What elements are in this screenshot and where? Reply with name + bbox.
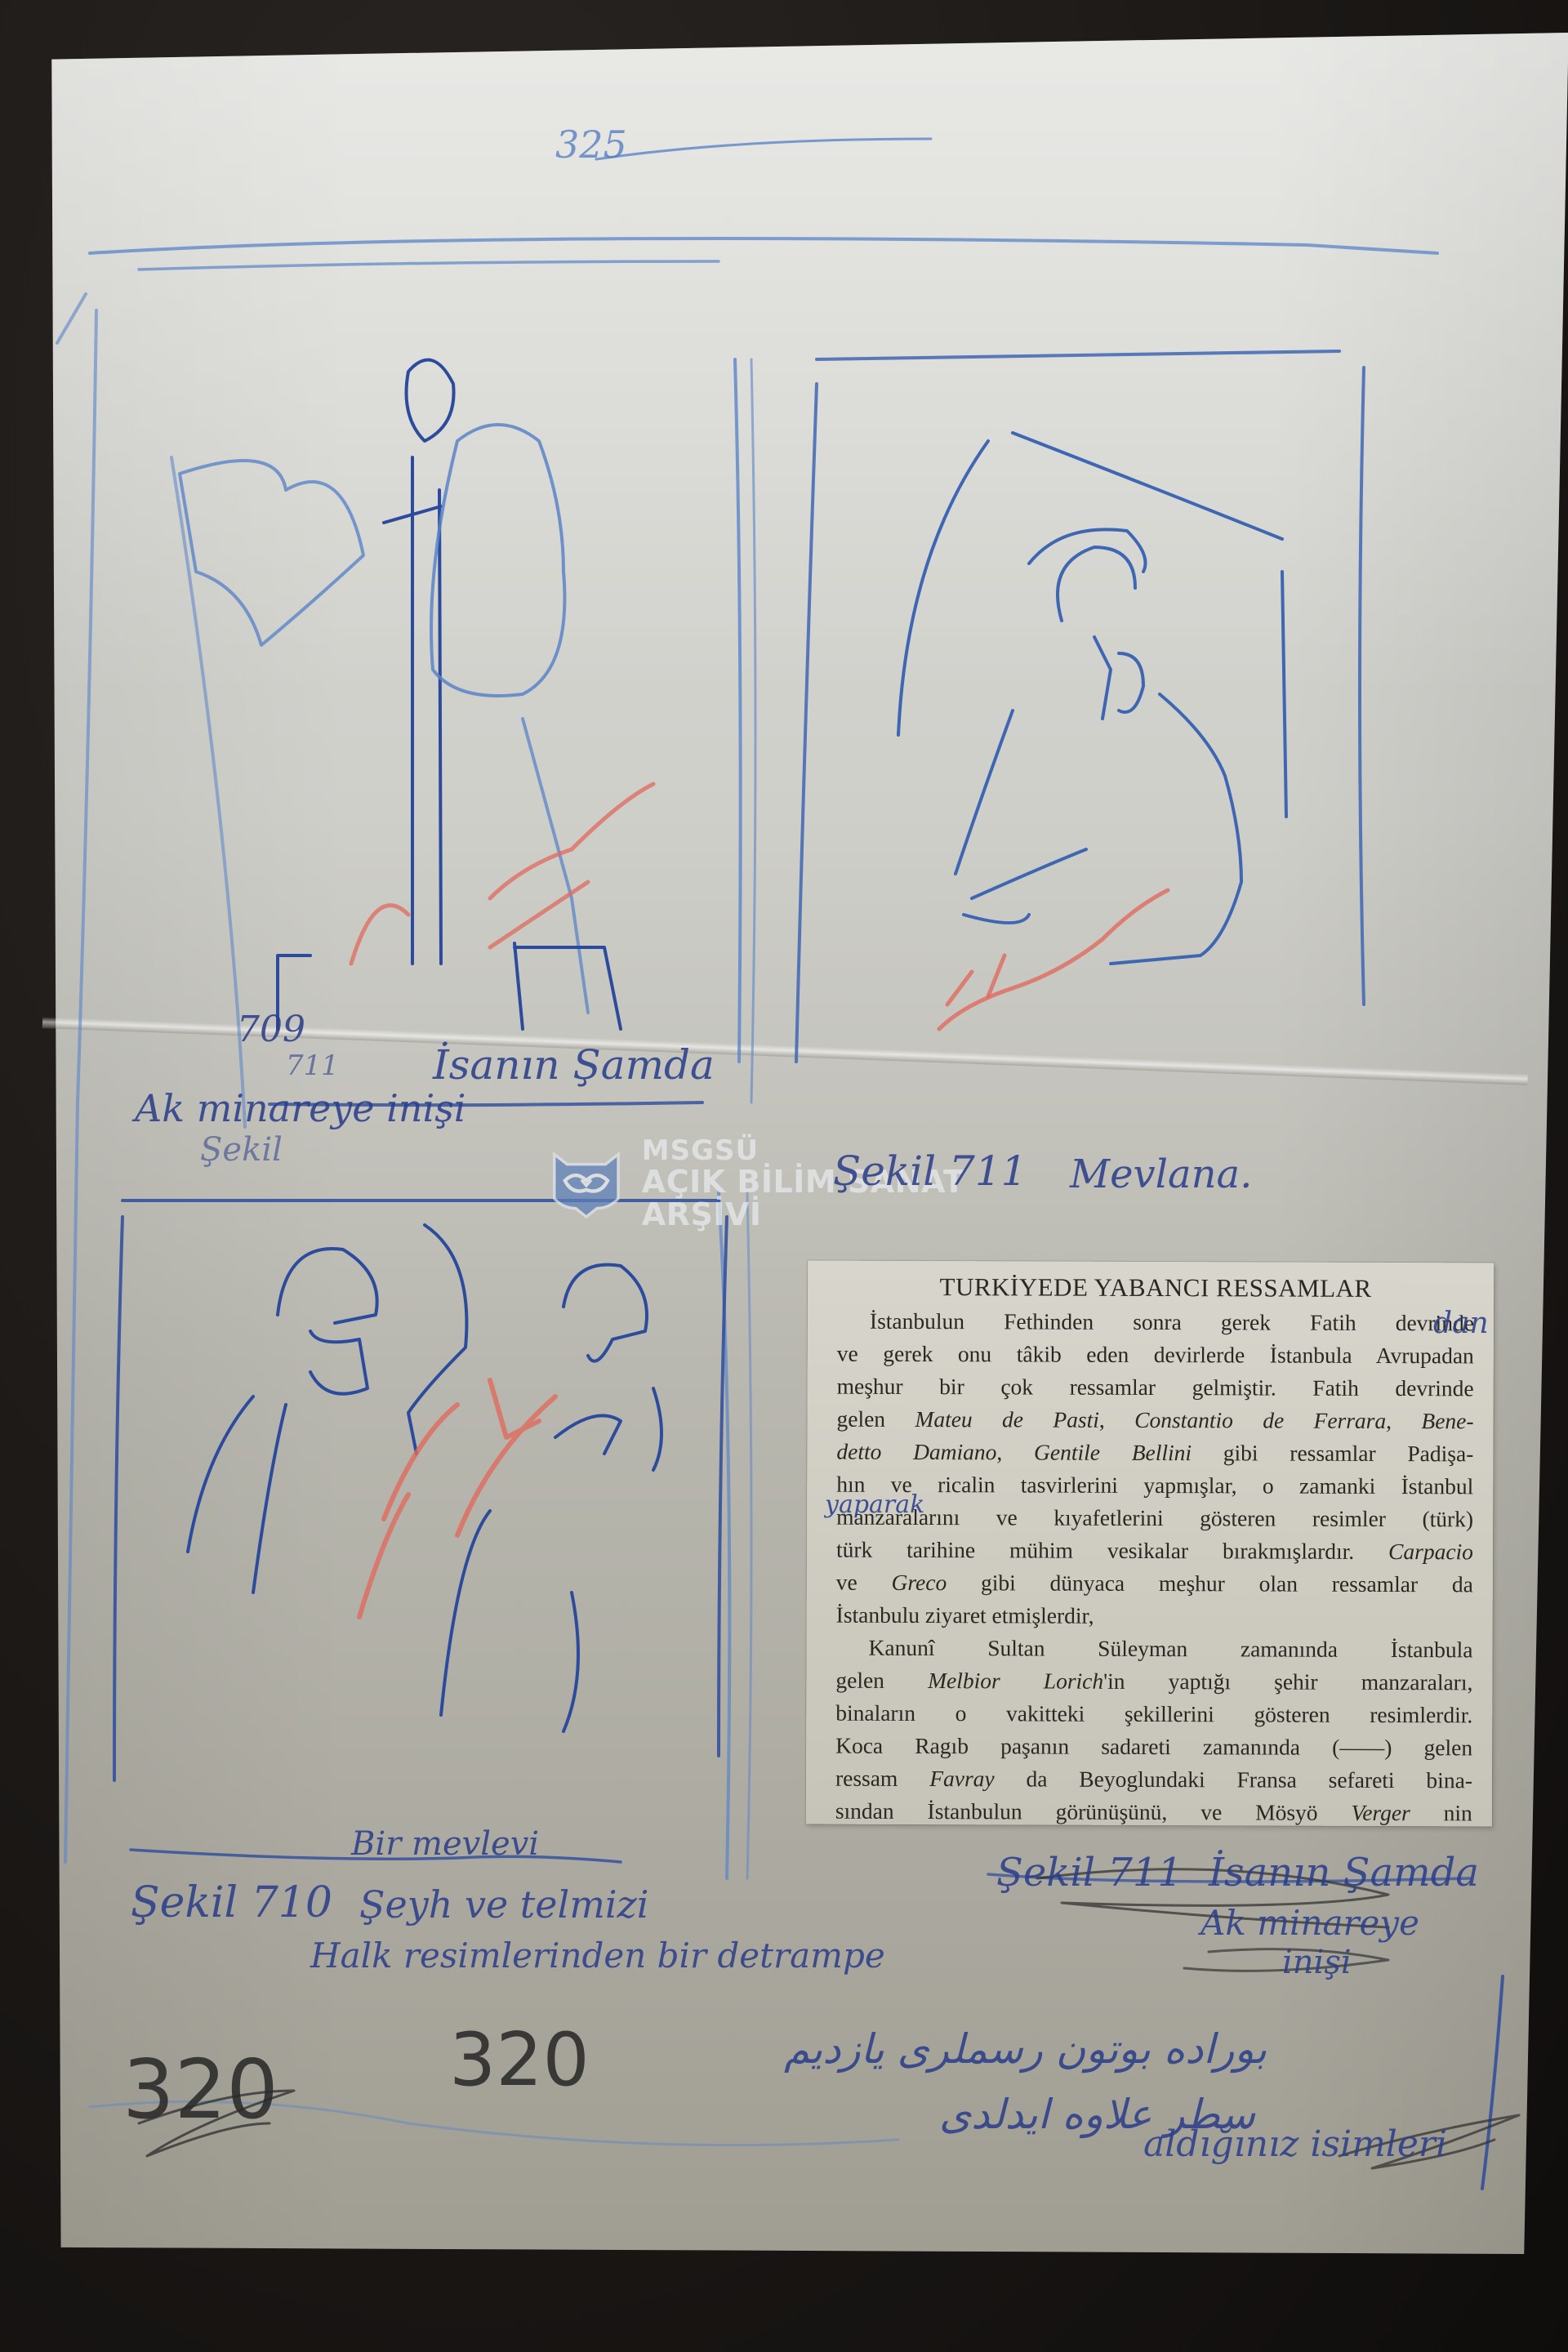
fig-709-number-alt: 711 xyxy=(286,1049,339,1082)
fig-711b-caption-line1: İsanın Şamda xyxy=(1209,1850,1479,1895)
owl-logo-icon xyxy=(547,1143,626,1225)
clipping-body: İstanbulun Fethinden sonra gerek Fatih d… xyxy=(835,1305,1474,1827)
top-page-number: 325 xyxy=(555,122,627,167)
bottom-note-latin: aldığınız isimleri xyxy=(1143,2123,1447,2165)
fig-711-label: Şekil 711 xyxy=(833,1147,1027,1195)
fig-709-caption-line1: İsanın Şamda xyxy=(433,1041,715,1089)
fig-710-caption-line1: Şeyh ve telmizi xyxy=(359,1882,649,1927)
clipping-insert-yaparak: yaparak xyxy=(825,1490,924,1519)
clipping-line: Kanunî Sultan Süleyman zamanında İstanbu… xyxy=(835,1632,1472,1667)
fig-710-label: Şekil 710 xyxy=(131,1878,332,1927)
clipping-line: İstanbulu ziyaret etmişlerdir, xyxy=(836,1599,1473,1634)
fig-709-caption-line3: Şekil xyxy=(200,1131,283,1169)
clipping-line: gelen Melbior Lorich'in yaptığı şehir ma… xyxy=(835,1664,1472,1699)
crossed-page-number: 320 xyxy=(122,2042,278,2137)
clipping-line: İstanbulun Fethinden sonra gerek Fatih d… xyxy=(837,1305,1474,1340)
fig-711b-caption-line2: Ak minareye xyxy=(1200,1903,1419,1943)
fig-710-above: Bir mevlevi xyxy=(351,1825,539,1863)
clipping-line: detto Damiano, Gentile Bellini gibi ress… xyxy=(836,1436,1473,1471)
fig-711b-label: Şekil 711 xyxy=(996,1850,1183,1895)
clipping-line: ve Greco gibi dünyaca meşhur olan ressam… xyxy=(836,1566,1473,1601)
clipping-line: ressam Favray da Beyoglundaki Fransa sef… xyxy=(835,1762,1472,1797)
clipping-line: gelen Mateu de Pasti, Constantio de Ferr… xyxy=(836,1403,1473,1438)
fig-711-caption: Mevlana. xyxy=(1070,1151,1252,1197)
fig-711b-caption-line3: inişi xyxy=(1282,1944,1352,1981)
newspaper-clipping: TURKİYEDE YABANCI RESSAMLAR İstanbulun F… xyxy=(806,1261,1494,1827)
clipping-line: manzaralarını ve kıyafetlerini gösteren … xyxy=(836,1501,1473,1536)
clipping-line: meşhur bir çok ressamlar gelmiştir. Fati… xyxy=(837,1370,1474,1405)
clipping-insert-dan: dan xyxy=(1433,1307,1489,1340)
clipping-line: ve gerek onu tâkib eden devirlerde İstan… xyxy=(837,1338,1474,1373)
clipping-title: TURKİYEDE YABANCI RESSAMLAR xyxy=(837,1272,1474,1304)
bottom-note-ottoman-line1: بوراده بوتون رسملری یازدیم xyxy=(784,2025,1267,2073)
fig-710-caption-line2: Halk resimlerinden bir detrampe xyxy=(310,1935,885,1976)
clipping-line: türk tarihine mühim vesikalar bırakmışla… xyxy=(836,1534,1473,1569)
clipping-line: hın ve ricalin tasvirlerini yapmışlar, o… xyxy=(836,1468,1473,1503)
clipping-line: sından İstanbulun görünüşünü, ve Mösyö V… xyxy=(835,1795,1472,1827)
clipping-line: binaların o vakitteki şekillerini göster… xyxy=(835,1697,1472,1732)
fig-709-caption-line2: Ak minareye inişi xyxy=(135,1086,466,1130)
page-number: 320 xyxy=(449,2017,590,2103)
fig-709-number: 709 xyxy=(237,1009,305,1050)
clipping-line: Koca Ragıb paşanın sadareti zamanında (—… xyxy=(835,1730,1472,1765)
